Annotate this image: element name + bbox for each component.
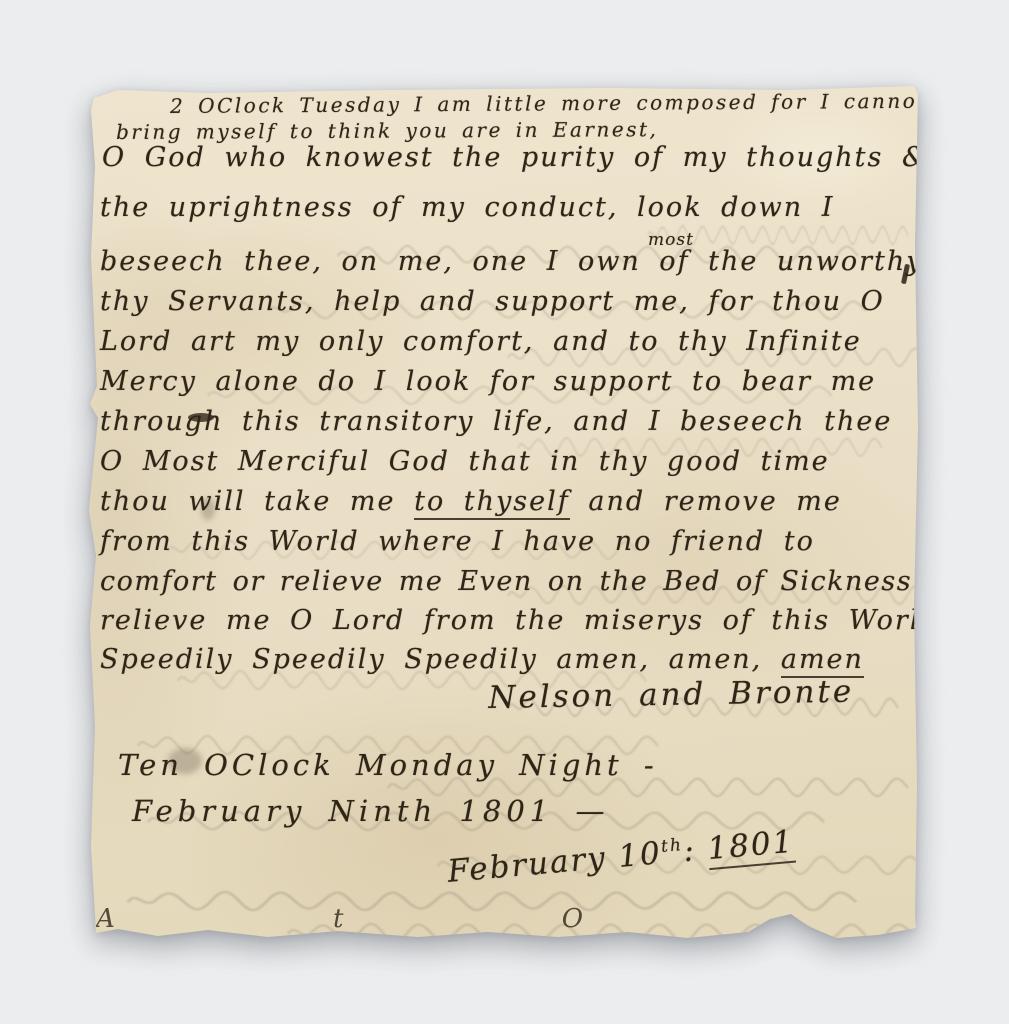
prayer-line-2: the uprightness of my conduct, look down… [100, 192, 834, 223]
prayer-line-13: Speedily Speedily Speedily amen, amen, a… [100, 644, 864, 675]
torn-edge-text-fragment: A t O [96, 904, 876, 928]
underlined-year: 1801 [706, 824, 796, 870]
letter-paper: 2 OClock Tuesday I am little more compos… [88, 86, 918, 940]
prayer-line-6: Mercy alone do I look for support to bea… [100, 366, 876, 397]
photo-background: { "colors": { "background": "#ebedee", "… [0, 0, 1009, 1024]
docket-date-pre: February 10 [446, 835, 663, 890]
prayer-line-9-post: and remove me [570, 486, 842, 517]
prayer-line-9-pre: thou will take me [100, 486, 414, 517]
prayer-line-9: thou will take me to thyself and remove … [100, 486, 842, 517]
prayer-line-4: thy Servants, help and support me, for t… [100, 286, 885, 317]
dateline-docket: February 10th: 1801 [446, 824, 796, 890]
prayer-line-3: beseech thee, on me, one I own of the un… [100, 246, 972, 277]
prayer-line-1: O God who knowest the purity of my thoug… [102, 142, 928, 173]
docket-date-sup: th [660, 835, 683, 857]
prayer-line-7: through this transitory life, and I bese… [100, 406, 892, 437]
prayer-line-8: O Most Merciful God that in thy good tim… [100, 446, 830, 477]
dateline-date: February Ninth 1801 — [132, 794, 609, 828]
letter-photo: 2 OClock Tuesday I am little more compos… [88, 86, 918, 940]
postscript-line-1: 2 OClock Tuesday I am little more compos… [170, 89, 928, 118]
prayer-line-12: relieve me O Lord from the miserys of th… [100, 605, 940, 636]
prayer-line-11: comfort or relieve me Even on the Bed of… [100, 566, 912, 597]
prayer-line-5: Lord art my only comfort, and to thy Inf… [100, 326, 862, 357]
docket-date-sep: : [682, 831, 709, 869]
underlined-to-thyself: to thyself [414, 486, 570, 520]
dateline-time: Ten OClock Monday Night - [118, 748, 658, 782]
signature: Nelson and Bronte [488, 674, 855, 716]
prayer-line-10: from this World where I have no friend t… [100, 526, 815, 557]
prayer-line-13-pre: Speedily Speedily Speedily amen, amen, [100, 644, 781, 675]
postscript-line-2: bring myself to think you are in Earnest… [116, 117, 658, 144]
